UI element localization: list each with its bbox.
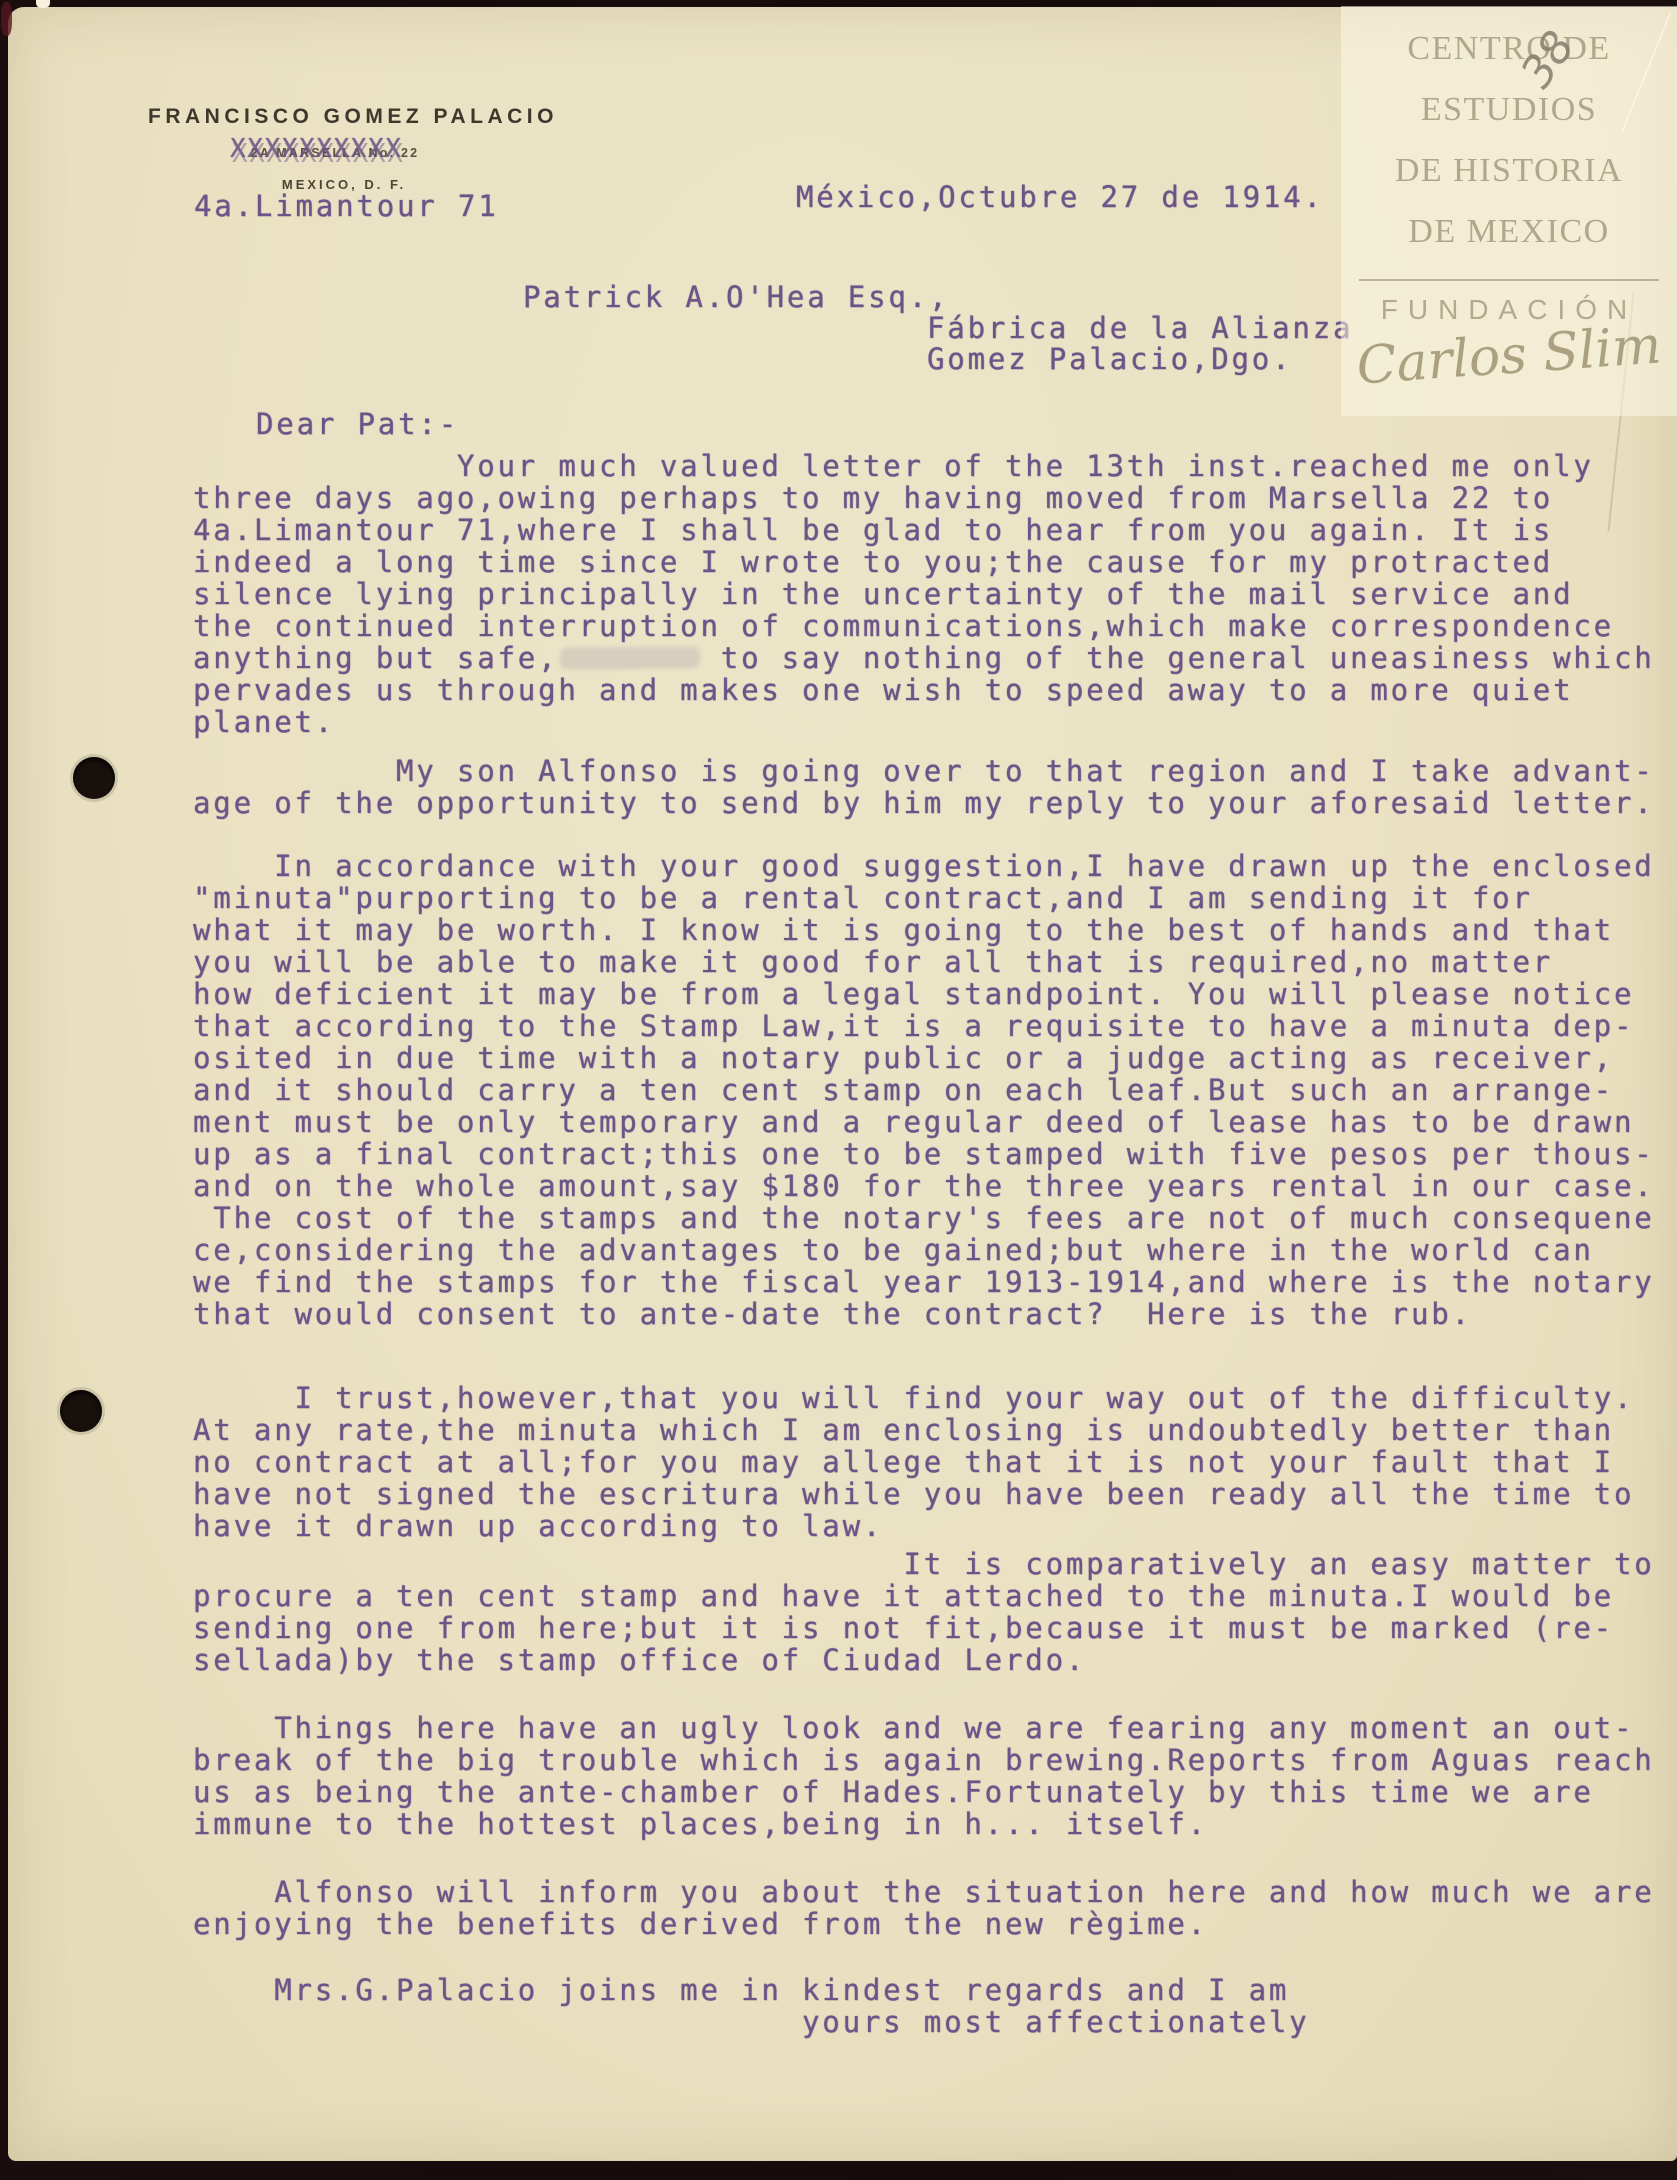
- watermark-text: DE MEXICO: [1341, 201, 1677, 262]
- paragraph-3: In accordance with your good suggestion,…: [193, 850, 1655, 1330]
- corner-mark: [1, 2, 12, 36]
- punch-hole: [60, 1390, 102, 1432]
- paragraph-5: It is comparatively an easy matter to pr…: [193, 1548, 1655, 1676]
- recipient-line: Gomez Palacio,Dgo.: [927, 343, 1292, 375]
- archive-watermark: CENTRO DE ESTUDIOS DE HISTORIA DE MEXICO…: [1341, 6, 1677, 416]
- scanned-letter-page: FRANCISCO GOMEZ PALACIO 2A MARSELLA No. …: [0, 0, 1677, 2180]
- paper-edge-speck: [36, 0, 50, 8]
- paragraph-7: Alfonso will inform you about the situat…: [193, 1876, 1655, 1940]
- punch-hole: [73, 757, 115, 799]
- letterhead-name: FRANCISCO GOMEZ PALACIO: [148, 105, 558, 129]
- carlos-slim-signature: Carlos Slim: [1339, 314, 1677, 397]
- watermark-text: ESTUDIOS: [1341, 79, 1677, 140]
- erased-word-smudge: [560, 646, 700, 669]
- recipient-line: Fábrica de la Alianza: [927, 312, 1353, 344]
- paragraph-1: Your much valued letter of the 13th inst…: [193, 450, 1655, 738]
- salutation: Dear Pat:-: [256, 408, 459, 440]
- paragraph-6: Things here have an ugly look and we are…: [193, 1712, 1655, 1840]
- closing-lines: Mrs.G.Palacio joins me in kindest regard…: [193, 1974, 1309, 2038]
- typed-new-address: 4a.Limantour 71: [194, 190, 499, 222]
- paragraph-2: My son Alfonso is going over to that reg…: [193, 755, 1655, 819]
- watermark-text: CENTRO DE: [1341, 18, 1677, 79]
- dateline: México,Octubre 27 de 1914.: [796, 181, 1324, 213]
- recipient-line: Patrick A.O'Hea Esq.,: [523, 281, 949, 313]
- strikeout-overtype: XXXXXXXXXX: [230, 133, 403, 165]
- watermark-text: DE HISTORIA: [1341, 140, 1677, 201]
- watermark-divider: [1359, 279, 1659, 281]
- paragraph-4: I trust,however,that you will find your …: [193, 1382, 1634, 1542]
